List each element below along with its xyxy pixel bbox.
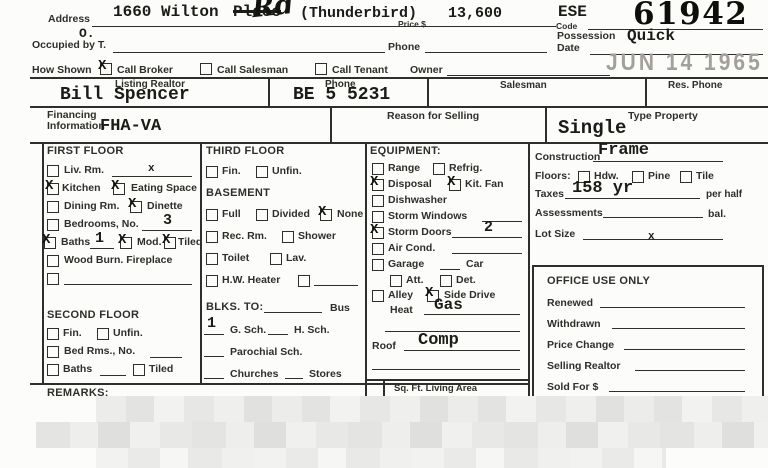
construction-value: Frame [598,141,649,160]
det-checkbox[interactable] [440,275,452,287]
divider [545,108,547,142]
liv-rm-label: Liv. Rm. [64,164,104,176]
stores-label: Stores [309,368,342,380]
possession-label: Possession [557,30,615,42]
sf-fin-checkbox[interactable] [47,328,59,340]
air-cond-label: Air Cond. [388,242,435,254]
owner-label: Owner [410,64,443,76]
heat-label: Heat [390,304,413,316]
shower-checkbox[interactable] [282,231,294,243]
assessments-line [603,217,703,218]
bus-label: Bus [330,302,350,314]
baths-line [90,248,114,249]
tf-unfin-label: Unfin. [272,165,302,177]
liv-rm-x-mark: x [148,163,155,175]
wood-burn-label: Wood Burn. Fireplace [64,254,172,266]
redacted-region [36,422,768,448]
alley-label: Alley [388,289,413,301]
kit-fan-label: Kit. Fan [465,178,504,190]
g-sch-label: G. Sch. [230,324,266,336]
type-property-value: Single [558,117,626,139]
toilet-checkbox[interactable] [206,253,218,265]
listing-realtor-value: Bill Spencer [60,85,190,105]
price-label: Price $ [398,19,426,29]
baths-label: Baths [61,236,90,248]
dinette-label: Dinette [147,200,183,212]
sold-for-label: Sold For $ [547,381,598,393]
x-mark: X [425,285,433,301]
taxes-value: 158 yr [572,179,633,198]
res-phone-label: Res. Phone [668,80,722,91]
sf-baths-label: Baths [63,363,92,375]
refrig-checkbox[interactable] [433,163,445,175]
dishwasher-checkbox[interactable] [372,195,384,207]
lav-label: Lav. [286,252,306,264]
parochial-label: Parochial Sch. [230,346,302,358]
bsmt-none-checkbox[interactable]: X [320,209,332,221]
divider [427,77,429,106]
dinette-checkbox[interactable]: X [130,201,142,213]
owner-line [447,75,610,76]
basement-title: BASEMENT [206,187,270,199]
rec-rm-label: Rec. Rm. [222,230,267,242]
hw-heater-line [314,285,358,286]
withdrawn-line [612,328,745,329]
storm-doors-line [452,237,522,238]
det-label: Det. [456,274,476,286]
divider [30,106,768,108]
storm-doors-value: 2 [484,219,493,236]
blank-line [372,369,520,370]
bedrooms-label: Bedrooms, No. [64,218,139,230]
sq-ft-label: Sq. Ft. Living Area [394,383,477,394]
bedrooms-checkbox[interactable] [47,219,59,231]
garage-label: Garage [388,258,424,270]
stores-line [285,378,303,379]
bsmt-divided-label: Divided [272,208,310,220]
kitchen-label: Kitchen [62,182,101,194]
call-broker-checkbox[interactable]: X [100,63,112,75]
dining-rm-checkbox[interactable] [47,201,59,213]
roof-label: Roof [372,340,396,352]
divider [383,379,385,397]
reason-for-selling-label: Reason for Selling [387,110,479,122]
construction-line [593,161,723,162]
tf-fin-checkbox[interactable] [206,166,218,178]
alley-checkbox[interactable] [372,290,384,302]
baths-value: 1 [95,230,104,247]
parochial-line [204,356,224,357]
call-salesman-label: Call Salesman [217,64,288,76]
divider [365,142,367,397]
selling-realtor-line [635,370,745,371]
x-mark: X [111,178,119,194]
pine-checkbox[interactable] [632,171,644,183]
address-value: 1660 Wilton [113,3,219,21]
liv-rm-line [112,176,192,177]
shower-label: Shower [298,230,336,242]
liv-rm-checkbox[interactable] [47,165,59,177]
mod-checkbox[interactable]: X [120,237,132,249]
possession-value: Quick [627,27,675,45]
sf-tiled-label: Tiled [149,363,173,375]
tile-checkbox[interactable] [680,171,692,183]
lav-checkbox[interactable] [270,253,282,265]
listing-form-scan: Address 1660 Wilton Place Rd (Thunderbir… [0,0,768,468]
toilet-label: Toilet [222,252,249,264]
x-mark: X [447,174,455,190]
sf-unfin-label: Unfin. [113,327,143,339]
x-mark: X [162,232,170,248]
disposal-label: Disposal [388,178,432,190]
dining-rm-label: Dining Rm. [64,200,119,212]
heat-line [424,314,520,315]
disposal-checkbox[interactable]: X [372,179,384,191]
code-value: ESE [558,3,587,21]
eating-space-checkbox[interactable]: X [113,183,125,195]
roof-value: Comp [418,331,459,350]
divider [200,142,202,385]
realtor-phone-value: BE 5 5231 [293,85,390,105]
divider [42,142,44,385]
air-cond-line [452,253,522,254]
churches-label: Churches [230,368,278,380]
assessments-label: Assessments [535,207,603,219]
equipment-title: EQUIPMENT: [370,145,441,157]
sf-unfin-checkbox[interactable] [97,328,109,340]
bal-label: bal. [708,208,726,220]
construction-label: Construction [535,151,600,163]
bsmt-none-label: None [337,208,363,220]
tiled-checkbox[interactable]: X [164,237,176,249]
bsmt-full-label: Full [222,208,241,220]
date-stamp: JUN 14 1965 [606,49,763,77]
kit-fan-checkbox[interactable]: X [449,179,461,191]
tile-label: Tile [696,170,714,182]
rec-rm-checkbox[interactable] [206,231,218,243]
salesman-label: Salesman [500,80,547,91]
redacted-region [96,448,666,468]
type-property-label: Type Property [628,110,698,122]
x-mark: X [118,232,126,248]
floors-label: Floors: [535,170,571,182]
x-mark: X [370,174,378,190]
taxes-line [565,198,700,199]
how-shown-label: How Shown [32,64,92,76]
renewed-label: Renewed [547,297,593,309]
sold-for-line [609,391,745,392]
divider [365,379,528,381]
other-checkbox[interactable] [47,273,59,285]
second-floor-title: SECOND FLOOR [47,309,139,321]
h-sch-label: H. Sch. [294,324,330,336]
divider [268,77,270,106]
tf-unfin-checkbox[interactable] [256,166,268,178]
withdrawn-label: Withdrawn [547,318,601,330]
call-salesman-checkbox[interactable] [200,63,212,75]
bedrooms-line [142,230,192,231]
hw-heater-checkbox[interactable] [206,275,218,287]
x-mark: X [42,232,50,248]
bsmt-full-checkbox[interactable] [206,209,218,221]
mod-label: Mod. [137,236,162,248]
g-sch-line [204,334,224,335]
lot-size-x-mark: x [648,231,655,243]
air-cond-checkbox[interactable] [372,243,384,255]
storm-windows-label: Storm Windows [388,210,467,222]
address-label: Address [48,13,90,25]
roof-line [404,350,520,351]
phone-label: Phone [388,41,420,53]
tiled-label: Tiled [178,236,202,248]
att-checkbox[interactable] [390,275,402,287]
heat-value: Gas [434,296,463,314]
garage-checkbox[interactable] [372,259,384,271]
selling-realtor-label: Selling Realtor [547,360,621,372]
office-use-title: OFFICE USE ONLY [547,275,650,287]
dishwasher-label: Dishwasher [388,194,447,206]
blks-to-title: BLKS. TO: [206,301,264,313]
call-broker-label: Call Broker [117,64,173,76]
information-label: Information [47,120,105,132]
garage-line [440,269,460,270]
x-mark: X [98,58,106,74]
call-tenant-checkbox[interactable] [315,63,327,75]
storm-doors-checkbox[interactable]: X [372,227,384,239]
lot-size-label: Lot Size [535,228,575,240]
address-line [92,26,556,27]
sf-tiled-checkbox[interactable] [133,364,145,376]
x-mark: X [128,196,136,212]
per-half-label: per half [706,189,742,200]
sf-fin-label: Fin. [63,327,82,339]
range-label: Range [388,162,420,174]
eating-space-label: Eating Space [131,182,197,194]
sf-baths-checkbox[interactable] [47,364,59,376]
price-change-label: Price Change [547,339,614,351]
occupied-line [113,52,385,53]
wood-burn-checkbox[interactable] [47,255,59,267]
baths-checkbox[interactable]: X [44,237,56,249]
churches-line [204,378,224,379]
divider [528,142,530,397]
g-sch-value: 1 [207,315,216,332]
renewed-line [600,307,745,308]
bedrooms-value: 3 [163,212,172,229]
sf-bed-rms-checkbox[interactable] [47,346,59,358]
hw-heater-other-checkbox[interactable] [298,275,310,287]
redacted-region [96,396,768,422]
refrig-label: Refrig. [449,162,482,174]
x-mark: X [318,204,326,220]
sf-baths-line [100,375,126,376]
bsmt-divided-checkbox[interactable] [256,209,268,221]
pine-label: Pine [648,170,670,182]
sf-bed-rms-line [150,357,182,358]
sf-bed-rms-label: Bed Rms., No. [64,345,135,357]
third-floor-title: THIRD FLOOR [206,145,284,157]
price-value: 13,600 [448,5,502,22]
car-label: Car [466,258,484,270]
call-tenant-label: Call Tenant [332,64,388,76]
divider [330,108,332,142]
price-change-line [624,349,745,350]
kitchen-checkbox[interactable]: X [47,183,59,195]
hw-heater-label: H.W. Heater [222,274,280,286]
handwritten-correction: Rd [250,0,294,24]
tf-fin-label: Fin. [222,165,241,177]
financing-value: FHA-VA [100,117,161,136]
h-sch-line [268,334,288,335]
storm-doors-label: Storm Doors [388,226,452,238]
other-line [64,284,192,285]
phone-line [425,52,547,53]
x-mark: X [370,222,378,238]
divider [645,77,647,106]
divider [30,142,768,144]
bus-line [264,312,322,313]
x-mark: X [45,178,53,194]
possession-date-label: Date [557,42,580,54]
occupied-label: Occupied by T. [32,39,106,51]
taxes-label: Taxes [535,188,564,200]
att-label: Att. [406,274,424,286]
first-floor-title: FIRST FLOOR [47,145,124,157]
